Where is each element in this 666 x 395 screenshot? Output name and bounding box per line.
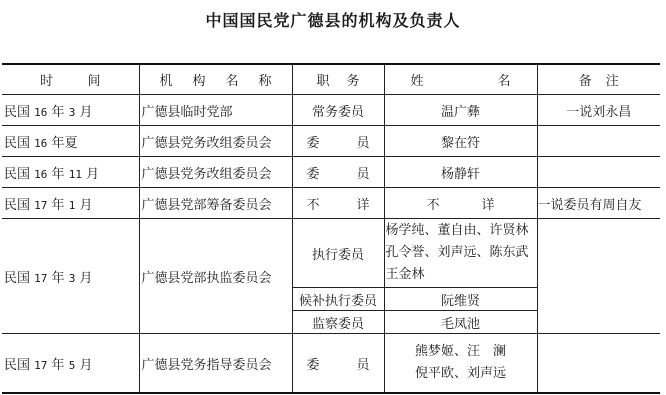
name-cell: 温广彝 <box>384 95 537 126</box>
org-cell: 广德县党部执监委员会 <box>139 219 292 334</box>
header-position: 职 务 <box>292 64 384 95</box>
name-cell: 不详 <box>384 188 537 219</box>
table-row: 民国 17 年 5 月 广德县党务指导委员会 委员 熊梦姬、汪 澜 倪平欧、刘声… <box>2 334 660 394</box>
name-cell: 熊梦姬、汪 澜 倪平欧、刘声远 <box>384 334 537 394</box>
table-row: 民国 16 年 11 月 广德县党务改组委员会 委员 杨静轩 <box>2 157 660 188</box>
table-row: 民国 17 年 3 月 广德县党部执监委员会 执行委员 杨学纯、董自由、许贤林 … <box>2 219 660 288</box>
note-cell <box>537 219 660 334</box>
org-cell: 广德县党务改组委员会 <box>139 157 292 188</box>
page-title: 中国国民党广德县的机构及负责人 <box>0 8 666 31</box>
time-cell: 民国 17 年 3 月 <box>2 219 139 334</box>
table-row: 民国 16 年夏 广德县党务改组委员会 委员 黎在符 <box>2 126 660 157</box>
table-row: 民国 16 年 3 月 广德县临时党部 常务委员 温广彝 一说刘永昌 <box>2 95 660 126</box>
time-cell: 民国 17 年 1 月 <box>2 188 139 219</box>
organization-table: 时 间 机 构 名 称 职 务 姓 名 备 <box>2 63 660 394</box>
position-cell: 候补执行委员 <box>292 288 384 311</box>
position-cell: 委员 <box>292 334 384 394</box>
note-cell <box>537 126 660 157</box>
org-cell: 广德县临时党部 <box>139 95 292 126</box>
note-cell <box>537 334 660 394</box>
position-cell: 常务委员 <box>292 95 384 126</box>
time-cell: 民国 16 年夏 <box>2 126 139 157</box>
position-cell: 委员 <box>292 157 384 188</box>
position-cell: 监察委员 <box>292 311 384 334</box>
time-cell: 民国 17 年 5 月 <box>2 334 139 394</box>
name-cell: 阮维贤 <box>384 288 537 311</box>
org-cell: 广德县党务改组委员会 <box>139 126 292 157</box>
header-row: 时 间 机 构 名 称 职 务 姓 名 备 <box>2 64 660 95</box>
note-cell <box>537 157 660 188</box>
position-cell: 不详 <box>292 188 384 219</box>
name-cell: 杨静轩 <box>384 157 537 188</box>
note-cell: 一说刘永昌 <box>537 95 660 126</box>
time-cell: 民国 16 年 11 月 <box>2 157 139 188</box>
position-cell: 委员 <box>292 126 384 157</box>
org-cell: 广德县党部筹备委员会 <box>139 188 292 219</box>
name-cell: 杨学纯、董自由、许贤林 孔令誉、刘声远、陈东武 王金林 <box>384 219 537 288</box>
org-cell: 广德县党务指导委员会 <box>139 334 292 394</box>
table-row: 民国 17 年 1 月 广德县党部筹备委员会 不详 不详 一说委员有周自友 <box>2 188 660 219</box>
position-cell: 执行委员 <box>292 219 384 288</box>
name-cell: 毛凤池 <box>384 311 537 334</box>
note-cell: 一说委员有周自友 <box>537 188 660 219</box>
time-cell: 民国 16 年 3 月 <box>2 95 139 126</box>
header-name: 姓 名 <box>384 64 537 95</box>
header-note: 备 注 <box>537 64 660 95</box>
header-org: 机 构 名 称 <box>139 64 292 95</box>
name-cell: 黎在符 <box>384 126 537 157</box>
header-time: 时 间 <box>2 64 139 95</box>
